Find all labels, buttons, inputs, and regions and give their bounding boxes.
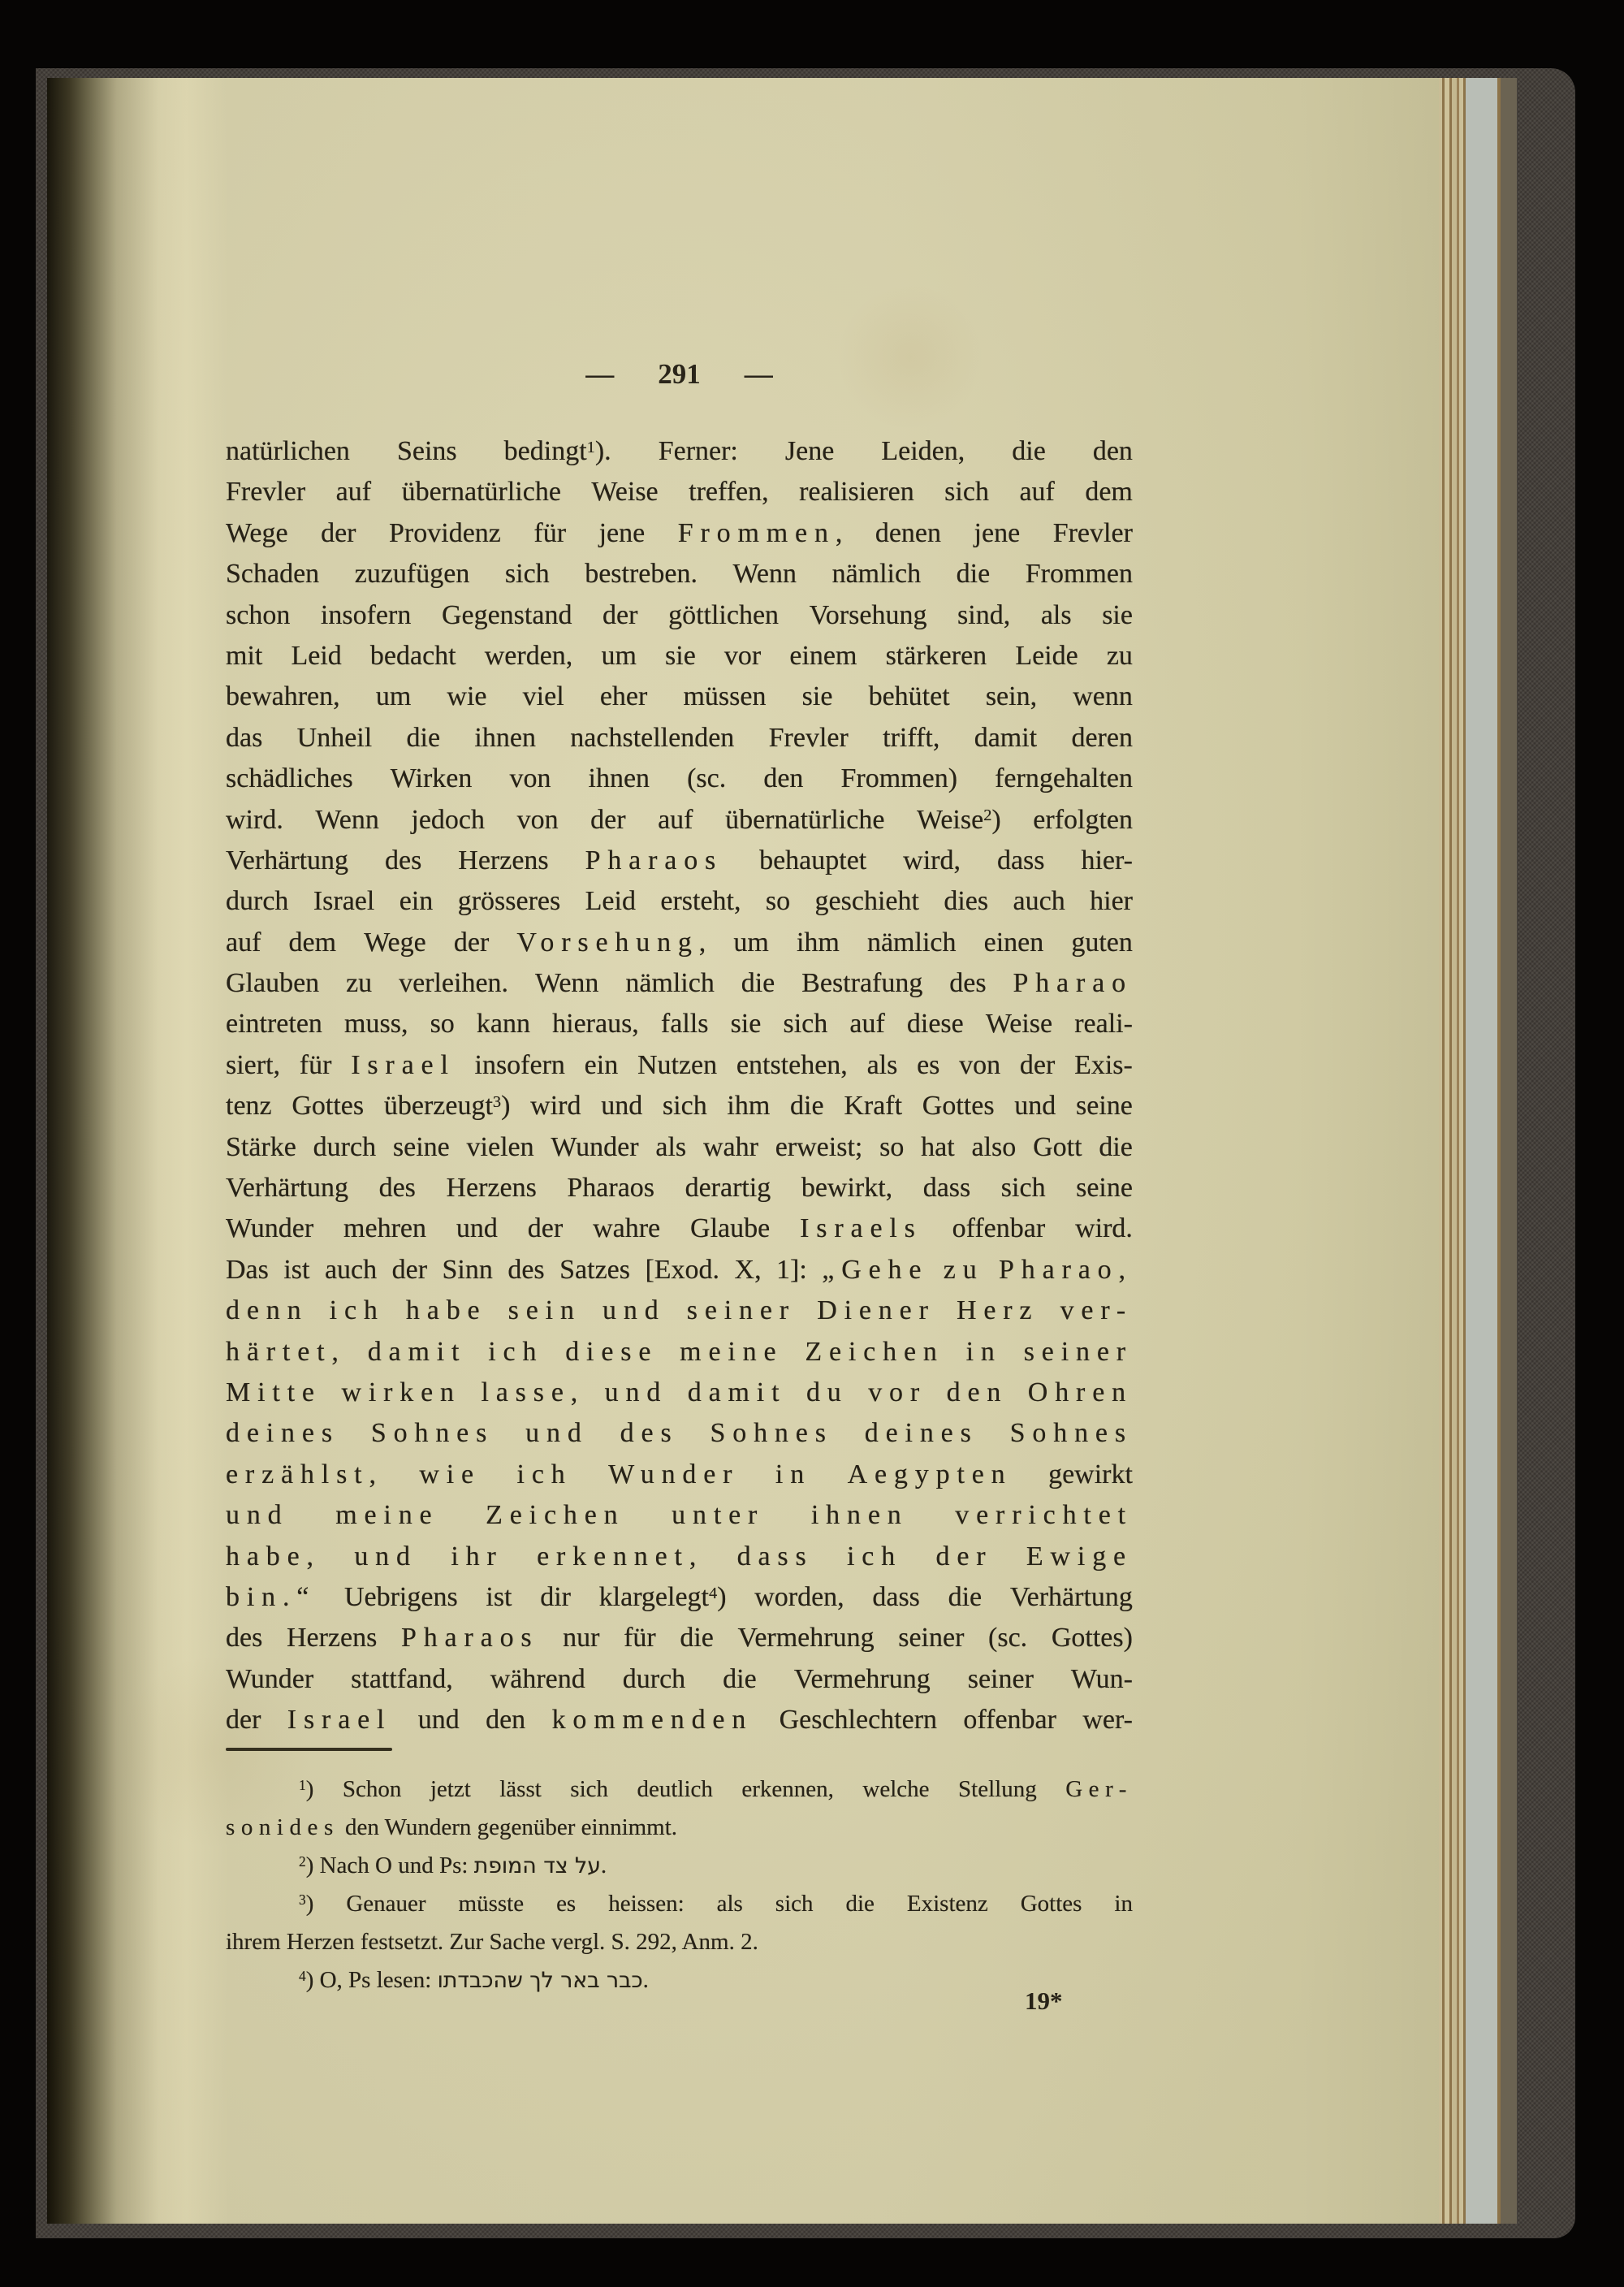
text-line: habe,undihrerkennet,dassichderEwige: [226, 1537, 1133, 1577]
text-line: dasUnheildieihnennachstellendenFrevlertr…: [226, 718, 1133, 759]
text-line: mitLeidbedachtwerden,umsievoreinemstärke…: [226, 636, 1133, 677]
footnote-line: 3)Genauermüssteesheissen:alssichdieExist…: [226, 1885, 1133, 1923]
text-line: Glaubenzuverleihen.WennnämlichdieBestraf…: [226, 963, 1133, 1004]
text-line: natürlichenSeinsbedingt1).Ferner:JeneLei…: [226, 431, 1133, 472]
page-number: 291: [658, 358, 701, 391]
footnote-line: 1)Schonjetztlässtsichdeutlicherkennen,we…: [226, 1770, 1133, 1809]
text-line: undmeineZeichenunterihnenverrichtet: [226, 1495, 1133, 1536]
text-line: WundermehrenundderwahreGlaubeIsraelsoffe…: [226, 1208, 1133, 1249]
text-line: derIsraelunddenkommendenGeschlechternoff…: [226, 1700, 1133, 1740]
page-header: — 291 —: [226, 356, 1133, 393]
text-line: WegederProvidenzfürjeneFrommen,denenjene…: [226, 513, 1133, 554]
header-dash-left: —: [585, 358, 614, 391]
text-line: schädlichesWirkenvonihnen(sc.denFrommen)…: [226, 759, 1133, 799]
printer-signature: 19*: [1025, 1987, 1063, 2016]
text-line: härtet,damitichdiesemeineZeicheninseiner: [226, 1332, 1133, 1373]
footnotes: 1)Schonjetztlässtsichdeutlicherkennen,we…: [226, 1770, 1133, 2000]
text-line: Wunderstattfand,währenddurchdieVermehrun…: [226, 1659, 1133, 1700]
text-line: deinesSohnesunddesSohnesdeinesSohnes: [226, 1413, 1133, 1454]
text-line: dennichhabeseinundseinerDienerHerzver-: [226, 1290, 1133, 1331]
header-dash-right: —: [745, 358, 773, 391]
text-line: eintretenmuss,sokannhieraus,fallssiesich…: [226, 1004, 1133, 1044]
text-line: Schadenzuzufügensichbestreben.Wennnämlic…: [226, 554, 1133, 594]
text-line: FrevleraufübernatürlicheWeisetreffen,rea…: [226, 472, 1133, 512]
text-line: VerhärtungdesHerzensPharaosderartigbewir…: [226, 1168, 1133, 1208]
text-line: schoninsofernGegenstanddergöttlichenVors…: [226, 595, 1133, 636]
footnote-line: 2) Nach O und Ps: על צד המופת.: [226, 1847, 1133, 1885]
text-line: Mittewirkenlasse,unddamitduvordenOhren: [226, 1373, 1133, 1413]
text-line: wird.WennjedochvonderaufübernatürlicheWe…: [226, 800, 1133, 841]
text-line: durchIsraeleingrösseresLeidersteht,soges…: [226, 881, 1133, 922]
text-line: erzählst,wieichWunderinAegyptengewirkt: [226, 1455, 1133, 1495]
book-scan: — 291 — natürlichenSeinsbedingt1).Ferner…: [0, 0, 1624, 2287]
text-line: siert,fürIsraelinsoferneinNutzenentstehe…: [226, 1045, 1133, 1086]
footnote-rule: [226, 1748, 392, 1751]
text-line: aufdemWegederVorsehung,umihmnämlicheinen…: [226, 923, 1133, 963]
text-line: desHerzensPharaosnurfürdieVermehrungsein…: [226, 1618, 1133, 1658]
page-fore-edge: [1439, 78, 1517, 2224]
text-line: bewahren,umwievielehermüssensiebehütetse…: [226, 677, 1133, 717]
main-text: natürlichenSeinsbedingt1).Ferner:JeneLei…: [226, 431, 1133, 1741]
text-line: VerhärtungdesHerzensPharaosbehauptetwird…: [226, 841, 1133, 881]
footnote-line: sonides den Wundern gegenüber einnimmt.: [226, 1809, 1133, 1847]
text-line: DasistauchderSinndesSatzes[Exod.X,1]:„Ge…: [226, 1250, 1133, 1290]
footnote-line: 4) O, Ps lesen: כבר באר לך שהכבדתו.: [226, 1961, 1133, 2000]
text-line: tenzGottesüberzeugt3)wirdundsichihmdieKr…: [226, 1086, 1133, 1126]
footnote-line: ihrem Herzen festsetzt. Zur Sache vergl.…: [226, 1923, 1133, 1961]
text-line: StärkedurchseinevielenWunderalswahrerwei…: [226, 1127, 1133, 1168]
text-line: bin.“Uebrigensistdirklargelegt4)worden,d…: [226, 1577, 1133, 1618]
